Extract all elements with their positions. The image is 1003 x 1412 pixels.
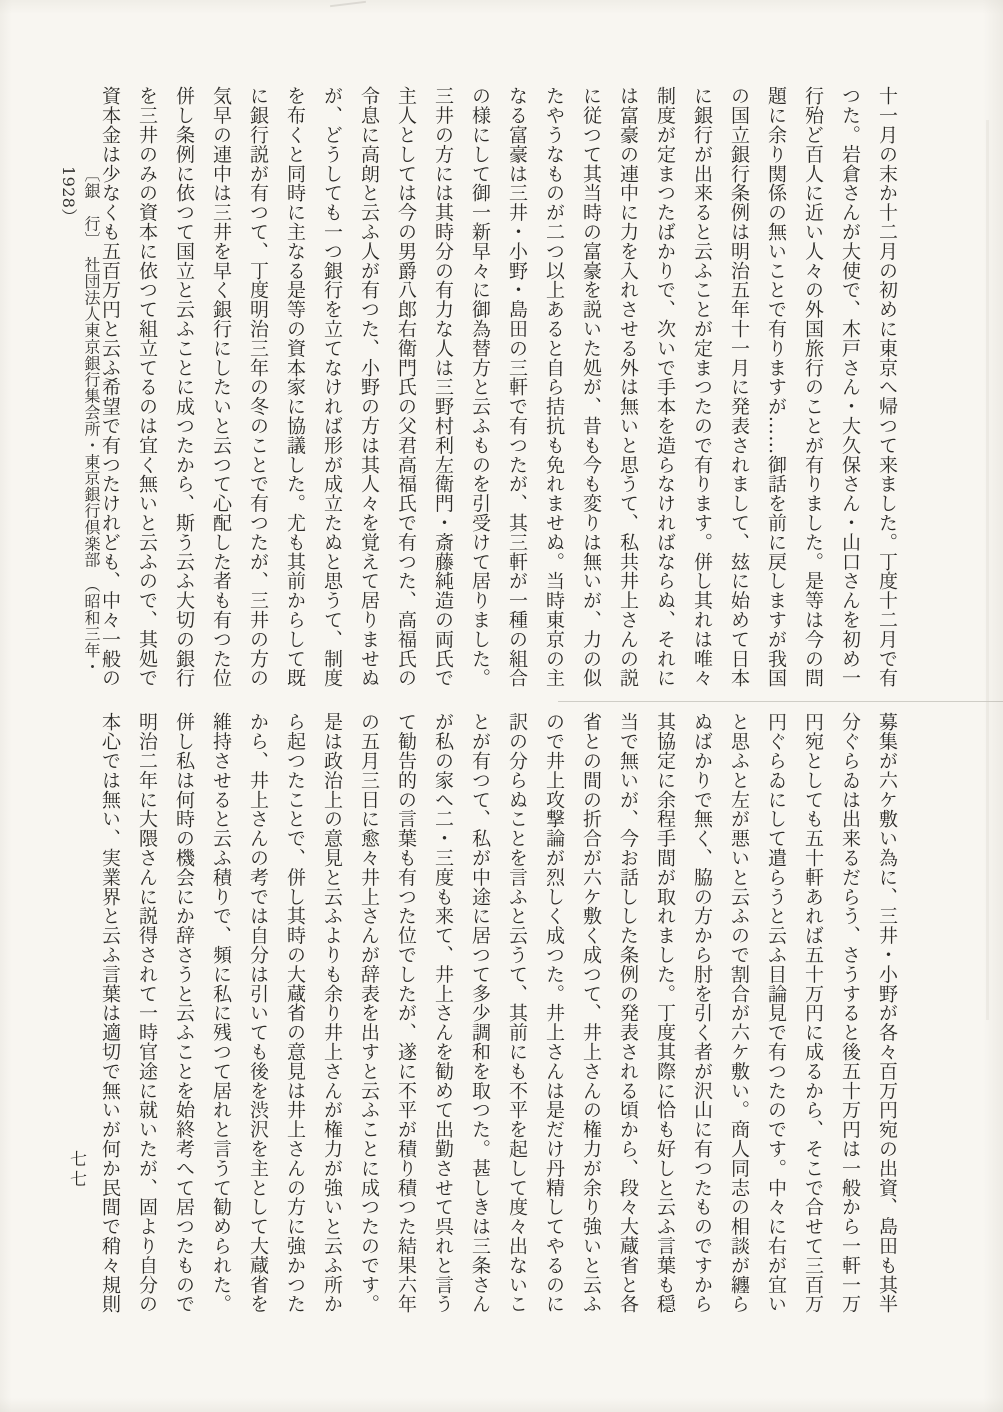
text-column: 行殆ど百人に近い人々の外国旅行のことが有りました。是等は今の問 [794,86,831,690]
text-column: なる富豪は三井・小野・島田の三軒で有つたが、其三軒が一種の組合 [498,86,535,690]
text-column: に銀行説が有つて、丁度明治三年の冬のことで有つたが、三井の方の [239,86,276,690]
text-column: 分ぐらゐは出来るだらう、さうすると後五十万円は一般から一軒一万 [831,712,868,1316]
text-column: の様にして御一新早々に御為替方と云ふものを引受けて居りました。 [461,86,498,690]
page-number: 七七 [64,1150,89,1190]
text-column: 本心では無い、実業界と云ふ言葉は適切で無いが何か民間で稍々規則 [91,712,128,1316]
scan-mark [330,1,366,7]
scanned-page: 〔銀 行〕 社団法人東京銀行集会所・東京銀行倶楽部 （昭和三年・1928） 十一… [0,0,1003,1412]
text-column: 円宛としても五十軒あれば五十万円に成るから、そこで合せて三百万 [794,712,831,1316]
text-column: 題に余り関係の無いことで有りますが……御話を前に戻しますが我国 [757,86,794,690]
text-block-bottom: 募集が六ケ敷い為に、三井・小野が各々百万円宛の出資、島田も其半分ぐらゐは出来るだ… [91,712,905,1316]
text-column: を三井のみの資本に依つて組立てるのは宜く無いと云ふので、其処で [128,86,165,690]
text-column: ぬばかりで無く、脇の方から肘を引く者が沢山に有つたものですから [683,712,720,1316]
text-column: 其協定に余程手間が取れました。丁度其際に恰も好しと云ふ言葉も穏 [646,712,683,1316]
text-column: が、どうしても一つ銀行を立てなければ形が成立たぬと思うて、制度 [313,86,350,690]
text-column: 併し私は何時の機会にか辞さうと云ふことを始終考へて居つたもので [165,712,202,1316]
text-column: を布くと同時に主なる是等の資本家に協議した。尤も其前からして既 [276,86,313,690]
text-column: 令息に高朗と云ふ人が有つた、小野の方は其人々を覚えて居りませぬ [350,86,387,690]
text-column: は富豪の連中に力を入れさせる外は無いと思うて、私共井上さんの説 [609,86,646,690]
text-column: たやうなものが二つ以上あると自ら拮抗も免れませぬ。当時東京の主 [535,86,572,690]
scan-streak [986,120,989,1020]
text-column: 訳の分らぬことを言ふと云うて、其前にも不平を起して度々出ないこ [498,712,535,1316]
text-column: て勧告的の言葉も有つた位でしたが、遂に不平が積り積つた結果六年 [387,712,424,1316]
text-column: から、井上さんの考では自分は引いても後を渋沢を主として大蔵省を [239,712,276,1316]
fold-line [558,701,1003,702]
text-column: に銀行が出来ると云ふことが定まつたので有ります。併し其れは唯々 [683,86,720,690]
text-column: 併し条例に依つて国立と云ふことに成つたから、斯う云ふ大切の銀行 [165,86,202,690]
text-column: 主人としては今の男爵八郎右衛門氏の父君高福氏で有つた、高福氏の [387,86,424,690]
text-column: 制度が定まつたばかりで、次いで手本を造らなければならぬ、それに [646,86,683,690]
text-column: 省との間の折合が六ケ敷く成つて、井上さんの権力が余り強いと云ふ [572,712,609,1316]
text-block-top: 十一月の末か十二月の初めに東京へ帰つて来ました。丁度十二月で有つた。岩倉さんが大… [91,86,905,690]
text-column: つた。岩倉さんが大使で、木戸さん・大久保さん・山口さんを初め一 [831,86,868,690]
text-column: とが有つて、私が中途に居つて多少調和を取つた。甚しきは三条さん [461,712,498,1316]
text-column: の国立銀行条例は明治五年十一月に発表されまして、玆に始めて日本 [720,86,757,690]
text-column: と思ふと左が悪いと云ふので割合が六ケ敷い。商人同志の相談が纏ら [720,712,757,1316]
text-column: が私の家へ二・三度も来て、井上さんを勧めて出勤させて呉れと言う [424,712,461,1316]
text-column: 当で無いが、今お話しした条例の発表される頃から、段々大蔵省と各 [609,712,646,1316]
text-column: 円ぐらゐにして遣らうと云ふ目論見で有つたのです。中々に右が宜い [757,712,794,1316]
text-column: 資本金は少なくも五百万円と云ふ希望で有つたけれども、中々一般の [91,86,128,690]
text-column: 気早の連中は三井を早く銀行にしたいと云つて心配した者も有つた位 [202,86,239,690]
text-column: 十一月の末か十二月の初めに東京へ帰つて来ました。丁度十二月で有 [868,86,905,690]
text-column: 維持させると云ふ積りで、頻に私に残つて居れと言うて勧められた。 [202,712,239,1316]
text-column: 三井の方には其時分の有力な人は三野村利左衛門・斎藤純造の両氏で [424,86,461,690]
text-column: 明治二年に大隈さんに説得されて一時官途に就いたが、固より自分の [128,712,165,1316]
text-column: ので井上攻撃論が烈しく成つた。井上さんは是だけ丹精してやるのに [535,712,572,1316]
text-column: 是は政治上の意見と云ふよりも余り井上さんが権力が強いと云ふ所か [313,712,350,1316]
text-column: の五月三日に愈々井上さんが辞表を出すと云ふことに成つたのです。 [350,712,387,1316]
text-column: に従つて其当時の富豪を説いた処が、昔も今も変りは無いが、力の似 [572,86,609,690]
text-column: 募集が六ケ敷い為に、三井・小野が各々百万円宛の出資、島田も其半 [868,712,905,1316]
text-column: ら起つたことで、併し其時の大蔵省の意見は井上さんの方に強かつた [276,712,313,1316]
